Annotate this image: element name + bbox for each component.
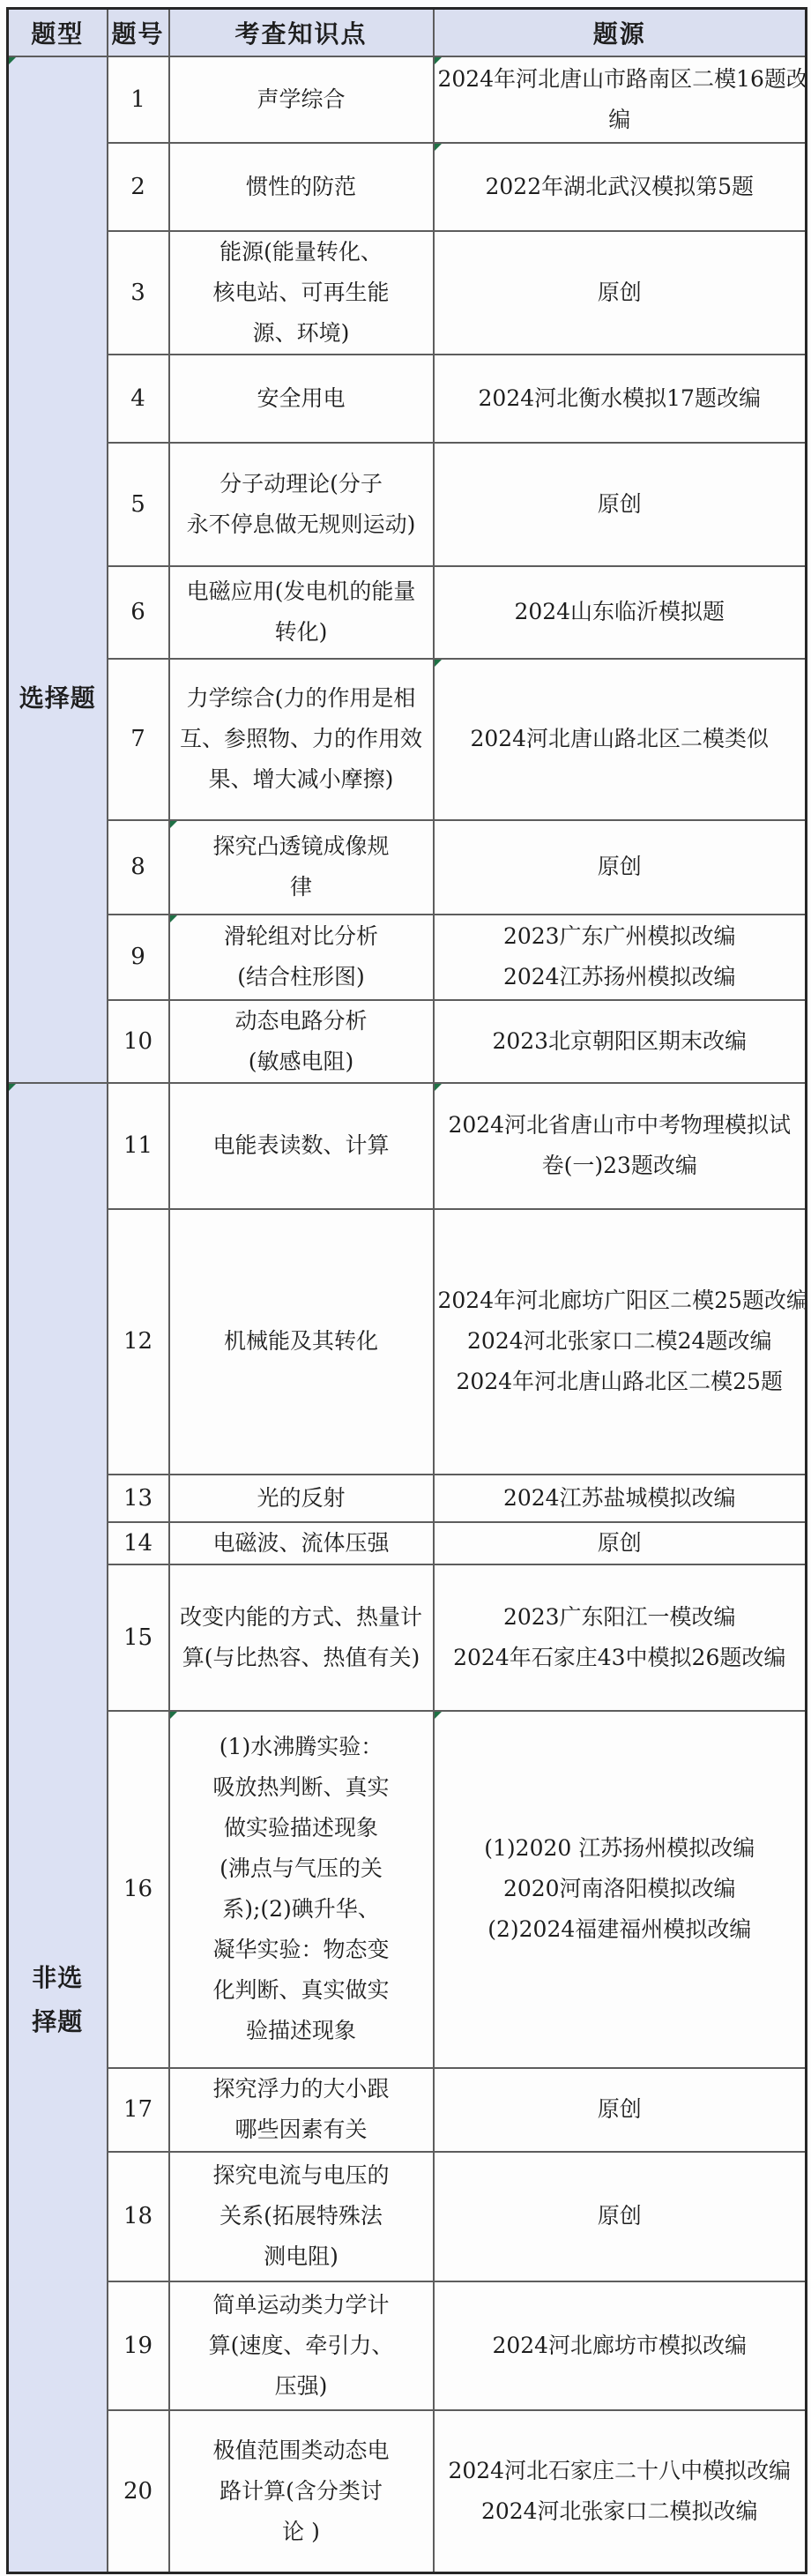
table-row: 4安全用电2024河北衡水模拟17题改编 bbox=[8, 355, 807, 443]
question-number-cell: 18 bbox=[108, 2152, 169, 2281]
knowledge-text-line: 路计算(含分类讨 bbox=[174, 2471, 429, 2512]
knowledge-text-line: 测电阻) bbox=[174, 2236, 429, 2277]
section-label-line: 选择题 bbox=[12, 676, 103, 721]
question-number-cell: 20 bbox=[108, 2410, 169, 2573]
question-number-cell: 10 bbox=[108, 1000, 169, 1083]
source-cell: 2024河北衡水模拟17题改编 bbox=[434, 355, 807, 443]
source-cell: 2024河北唐山路北区二模类似 bbox=[434, 659, 807, 820]
header-question-type: 题型 bbox=[8, 9, 108, 56]
knowledge-text-line: 改变内能的方式、热量计 bbox=[174, 1597, 429, 1638]
excel-flag-icon bbox=[435, 144, 442, 151]
knowledge-text-line: 凝华实验：物态变 bbox=[174, 1930, 429, 1970]
header-row: 题型 题号 考查知识点 题源 bbox=[8, 9, 807, 56]
knowledge-text-line: 源、环境) bbox=[174, 313, 429, 354]
knowledge-cell: 安全用电 bbox=[169, 355, 434, 443]
knowledge-text-line: 关系(拓展特殊法 bbox=[174, 2196, 429, 2236]
knowledge-cell: 分子动理论(分子永不停息做无规则运动) bbox=[169, 443, 434, 566]
knowledge-text-line: 极值范围类动态电 bbox=[174, 2430, 429, 2471]
table-row: 3能源(能量转化、核电站、可再生能源、环境)原创 bbox=[8, 231, 807, 355]
table-row: 非选择题11电能表读数、计算2024河北省唐山市中考物理模拟试卷(一)23题改编 bbox=[8, 1083, 807, 1209]
knowledge-cell: 惯性的防范 bbox=[169, 143, 434, 231]
source-text-line: (1)2020 江苏扬州模拟改编 bbox=[438, 1828, 802, 1869]
knowledge-cell: 电能表读数、计算 bbox=[169, 1083, 434, 1209]
source-cell: 2024年河北唐山市路南区二模16题改编 bbox=[434, 56, 807, 143]
source-text-line: 原创 bbox=[438, 1523, 802, 1564]
source-text-line: 2023北京朝阳区期末改编 bbox=[438, 1021, 802, 1062]
question-number-cell: 4 bbox=[108, 355, 169, 443]
knowledge-cell: 电磁应用(发电机的能量转化) bbox=[169, 566, 434, 659]
knowledge-text-line: 电磁应用(发电机的能量 bbox=[174, 571, 429, 612]
header-question-number: 题号 bbox=[108, 9, 169, 56]
knowledge-text-line: 探究凸透镜成像规 bbox=[174, 826, 429, 867]
source-cell: 原创 bbox=[434, 2152, 807, 2281]
knowledge-cell: 探究电流与电压的关系(拓展特殊法测电阻) bbox=[169, 2152, 434, 2281]
knowledge-cell: 极值范围类动态电路计算(含分类讨论 ) bbox=[169, 2410, 434, 2573]
knowledge-text-line: 安全用电 bbox=[174, 378, 429, 419]
knowledge-text-line: 分子动理论(分子 bbox=[174, 464, 429, 504]
source-text-line: 2020河南洛阳模拟改编 bbox=[438, 1869, 802, 1909]
source-text-line: 2024河北张家口二模24题改编 bbox=[438, 1321, 802, 1362]
knowledge-text-line: 机械能及其转化 bbox=[174, 1321, 429, 1362]
knowledge-cell: (1)水沸腾实验：吸放热判断、真实做实验描述现象(沸点与气压的关系);(2)碘升… bbox=[169, 1711, 434, 2068]
source-text-line: 卷(一)23题改编 bbox=[438, 1146, 802, 1186]
source-text-line: 2024年河北唐山路北区二模25题 bbox=[438, 1362, 802, 1402]
section-label-line: 择题 bbox=[12, 2000, 103, 2044]
source-text-line: 2024河北唐山路北区二模类似 bbox=[438, 719, 802, 759]
question-number-cell: 2 bbox=[108, 143, 169, 231]
source-cell: 原创 bbox=[434, 1522, 807, 1564]
knowledge-text-line: 永不停息做无规则运动) bbox=[174, 504, 429, 545]
source-text-line: 原创 bbox=[438, 484, 802, 525]
knowledge-text-line: 电磁波、流体压强 bbox=[174, 1523, 429, 1564]
source-text-line: 2024河北石家庄二十八中模拟改编 bbox=[438, 2451, 802, 2491]
knowledge-cell: 光的反射 bbox=[169, 1475, 434, 1522]
header-source: 题源 bbox=[434, 9, 807, 56]
excel-flag-icon bbox=[435, 57, 442, 64]
source-cell: 2024河北石家庄二十八中模拟改编2024河北张家口二模拟改编 bbox=[434, 2410, 807, 2573]
table-row: 10动态电路分析(敏感电阻)2023北京朝阳区期末改编 bbox=[8, 1000, 807, 1083]
excel-flag-icon bbox=[9, 57, 16, 64]
table-row: 19简单运动类力学计算(速度、牵引力、压强)2024河北廊坊市模拟改编 bbox=[8, 2281, 807, 2410]
question-number-cell: 6 bbox=[108, 566, 169, 659]
knowledge-cell: 探究凸透镜成像规律 bbox=[169, 820, 434, 915]
table-row: 13光的反射2024江苏盐城模拟改编 bbox=[8, 1475, 807, 1522]
question-number-cell: 14 bbox=[108, 1522, 169, 1564]
question-number-cell: 15 bbox=[108, 1564, 169, 1711]
section-label: 选择题 bbox=[12, 676, 103, 721]
knowledge-cell: 动态电路分析(敏感电阻) bbox=[169, 1000, 434, 1083]
source-text-line: 原创 bbox=[438, 273, 802, 313]
question-number-cell: 9 bbox=[108, 915, 169, 1000]
knowledge-text-line: (沸点与气压的关 bbox=[174, 1848, 429, 1889]
knowledge-cell: 简单运动类力学计算(速度、牵引力、压强) bbox=[169, 2281, 434, 2410]
source-text-line: 2024河北张家口二模拟改编 bbox=[438, 2491, 802, 2532]
knowledge-text-line: 核电站、可再生能 bbox=[174, 273, 429, 313]
excel-flag-icon bbox=[9, 1084, 16, 1091]
knowledge-text-line: 简单运动类力学计 bbox=[174, 2285, 429, 2326]
question-number-cell: 8 bbox=[108, 820, 169, 915]
source-cell: 2024河北省唐山市中考物理模拟试卷(一)23题改编 bbox=[434, 1083, 807, 1209]
question-number-cell: 12 bbox=[108, 1209, 169, 1475]
question-number-cell: 1 bbox=[108, 56, 169, 143]
knowledge-text-line: 验描述现象 bbox=[174, 2011, 429, 2051]
question-number-cell: 17 bbox=[108, 2068, 169, 2152]
source-text-line: 2024年石家庄43中模拟26题改编 bbox=[438, 1638, 802, 1678]
source-cell: 2024年河北廊坊广阳区二模25题改编2024河北张家口二模24题改编2024年… bbox=[434, 1209, 807, 1475]
question-number-cell: 16 bbox=[108, 1711, 169, 2068]
source-text-line: 编 bbox=[438, 100, 802, 140]
table-row: 2惯性的防范2022年湖北武汉模拟第5题 bbox=[8, 143, 807, 231]
knowledge-text-line: (结合柱形图) bbox=[174, 957, 429, 997]
knowledge-text-line: 压强) bbox=[174, 2366, 429, 2407]
excel-flag-icon bbox=[435, 660, 442, 667]
source-text-line: 2024年河北廊坊广阳区二模25题改编 bbox=[438, 1281, 802, 1321]
table-row: 17探究浮力的大小跟哪些因素有关原创 bbox=[8, 2068, 807, 2152]
table-row: 选择题1声学综合2024年河北唐山市路南区二模16题改编 bbox=[8, 56, 807, 143]
knowledge-text-line: 算(与比热容、热值有关) bbox=[174, 1638, 429, 1678]
source-text-line: 2022年湖北武汉模拟第5题 bbox=[438, 167, 802, 207]
knowledge-text-line: 声学综合 bbox=[174, 79, 429, 120]
knowledge-text-line: 做实验描述现象 bbox=[174, 1808, 429, 1848]
knowledge-text-line: 论 ) bbox=[174, 2512, 429, 2552]
table-row: 12机械能及其转化2024年河北廊坊广阳区二模25题改编2024河北张家口二模2… bbox=[8, 1209, 807, 1475]
table-row: 5分子动理论(分子永不停息做无规则运动)原创 bbox=[8, 443, 807, 566]
knowledge-text-line: (敏感电阻) bbox=[174, 1042, 429, 1082]
source-text-line: 原创 bbox=[438, 2196, 802, 2236]
knowledge-text-line: 滑轮组对比分析 bbox=[174, 916, 429, 957]
table-row: 8探究凸透镜成像规律原创 bbox=[8, 820, 807, 915]
source-cell: (1)2020 江苏扬州模拟改编2020河南洛阳模拟改编(2)2024福建福州模… bbox=[434, 1711, 807, 2068]
knowledge-text-line: 探究电流与电压的 bbox=[174, 2155, 429, 2196]
question-number-cell: 3 bbox=[108, 231, 169, 355]
question-number-cell: 13 bbox=[108, 1475, 169, 1522]
table-container: 题型 题号 考查知识点 题源 选择题1声学综合2024年河北唐山市路南区二模16… bbox=[6, 7, 807, 2574]
table-row: 16(1)水沸腾实验：吸放热判断、真实做实验描述现象(沸点与气压的关系);(2)… bbox=[8, 1711, 807, 2068]
source-text-line: 2024江苏扬州模拟改编 bbox=[438, 957, 802, 997]
knowledge-cell: 力学综合(力的作用是相互、参照物、力的作用效果、增大减小摩擦) bbox=[169, 659, 434, 820]
knowledge-text-line: 系);(2)碘升华、 bbox=[174, 1889, 429, 1930]
knowledge-cell: 电磁波、流体压强 bbox=[169, 1522, 434, 1564]
knowledge-text-line: 力学综合(力的作用是相 bbox=[174, 678, 429, 719]
excel-flag-icon bbox=[435, 1712, 442, 1719]
table-row: 20极值范围类动态电路计算(含分类讨论 )2024河北石家庄二十八中模拟改编20… bbox=[8, 2410, 807, 2573]
knowledge-cell: 能源(能量转化、核电站、可再生能源、环境) bbox=[169, 231, 434, 355]
knowledge-text-line: 动态电路分析 bbox=[174, 1001, 429, 1042]
knowledge-text-line: 果、增大减小摩擦) bbox=[174, 759, 429, 800]
source-cell: 原创 bbox=[434, 443, 807, 566]
knowledge-text-line: 算(速度、牵引力、 bbox=[174, 2326, 429, 2366]
source-text-line: 原创 bbox=[438, 847, 802, 887]
knowledge-text-line: 惯性的防范 bbox=[174, 167, 429, 207]
source-cell: 2023北京朝阳区期末改编 bbox=[434, 1000, 807, 1083]
knowledge-text-line: 转化) bbox=[174, 612, 429, 653]
source-text-line: 2023广东阳江一模改编 bbox=[438, 1597, 802, 1638]
source-cell: 原创 bbox=[434, 820, 807, 915]
knowledge-cell: 改变内能的方式、热量计算(与比热容、热值有关) bbox=[169, 1564, 434, 1711]
source-text-line: 2023广东广州模拟改编 bbox=[438, 916, 802, 957]
knowledge-text-line: 能源(能量转化、 bbox=[174, 232, 429, 273]
table-row: 15改变内能的方式、热量计算(与比热容、热值有关)2023广东阳江一模改编202… bbox=[8, 1564, 807, 1711]
source-cell: 原创 bbox=[434, 231, 807, 355]
source-text-line: 2024河北衡水模拟17题改编 bbox=[438, 378, 802, 419]
source-cell: 原创 bbox=[434, 2068, 807, 2152]
knowledge-text-line: (1)水沸腾实验： bbox=[174, 1727, 429, 1767]
table-row: 6电磁应用(发电机的能量转化)2024山东临沂模拟题 bbox=[8, 566, 807, 659]
source-text-line: (2)2024福建福州模拟改编 bbox=[438, 1909, 802, 1950]
section-label-line: 非选 bbox=[12, 1956, 103, 2000]
section-label: 非选择题 bbox=[12, 1956, 103, 2045]
source-cell: 2024江苏盐城模拟改编 bbox=[434, 1475, 807, 1522]
source-cell: 2024河北廊坊市模拟改编 bbox=[434, 2281, 807, 2410]
question-analysis-table: 题型 题号 考查知识点 题源 选择题1声学综合2024年河北唐山市路南区二模16… bbox=[6, 7, 807, 2574]
source-text-line: 2024河北廊坊市模拟改编 bbox=[438, 2326, 802, 2366]
knowledge-text-line: 吸放热判断、真实 bbox=[174, 1767, 429, 1808]
knowledge-cell: 滑轮组对比分析(结合柱形图) bbox=[169, 915, 434, 1000]
knowledge-cell: 探究浮力的大小跟哪些因素有关 bbox=[169, 2068, 434, 2152]
knowledge-cell: 机械能及其转化 bbox=[169, 1209, 434, 1475]
excel-flag-icon bbox=[435, 1084, 442, 1091]
knowledge-text-line: 哪些因素有关 bbox=[174, 2109, 429, 2150]
source-text-line: 2024河北省唐山市中考物理模拟试 bbox=[438, 1105, 802, 1146]
header-knowledge-points: 考查知识点 bbox=[169, 9, 434, 56]
question-number-cell: 19 bbox=[108, 2281, 169, 2410]
question-number-cell: 11 bbox=[108, 1083, 169, 1209]
question-type-section-cell: 非选择题 bbox=[8, 1083, 108, 2573]
table-row: 7力学综合(力的作用是相互、参照物、力的作用效果、增大减小摩擦)2024河北唐山… bbox=[8, 659, 807, 820]
source-cell: 2024山东临沂模拟题 bbox=[434, 566, 807, 659]
source-text-line: 2024江苏盐城模拟改编 bbox=[438, 1478, 802, 1519]
knowledge-text-line: 电能表读数、计算 bbox=[174, 1125, 429, 1166]
table-row: 18探究电流与电压的关系(拓展特殊法测电阻)原创 bbox=[8, 2152, 807, 2281]
excel-flag-icon bbox=[170, 1712, 177, 1719]
excel-flag-icon bbox=[170, 821, 177, 828]
knowledge-text-line: 光的反射 bbox=[174, 1478, 429, 1519]
source-text-line: 2024山东临沂模拟题 bbox=[438, 592, 802, 632]
knowledge-text-line: 探究浮力的大小跟 bbox=[174, 2069, 429, 2109]
source-text-line: 2024年河北唐山市路南区二模16题改 bbox=[438, 59, 802, 100]
question-type-section-cell: 选择题 bbox=[8, 56, 108, 1083]
knowledge-text-line: 化判断、真实做实 bbox=[174, 1970, 429, 2011]
source-cell: 2022年湖北武汉模拟第5题 bbox=[434, 143, 807, 231]
source-text-line: 原创 bbox=[438, 2089, 802, 2130]
table-row: 9滑轮组对比分析(结合柱形图)2023广东广州模拟改编2024江苏扬州模拟改编 bbox=[8, 915, 807, 1000]
excel-flag-icon bbox=[170, 915, 177, 922]
table-row: 14电磁波、流体压强原创 bbox=[8, 1522, 807, 1564]
question-number-cell: 5 bbox=[108, 443, 169, 566]
source-cell: 2023广东阳江一模改编2024年石家庄43中模拟26题改编 bbox=[434, 1564, 807, 1711]
source-cell: 2023广东广州模拟改编2024江苏扬州模拟改编 bbox=[434, 915, 807, 1000]
question-number-cell: 7 bbox=[108, 659, 169, 820]
knowledge-text-line: 律 bbox=[174, 867, 429, 907]
knowledge-text-line: 互、参照物、力的作用效 bbox=[174, 719, 429, 759]
knowledge-cell: 声学综合 bbox=[169, 56, 434, 143]
